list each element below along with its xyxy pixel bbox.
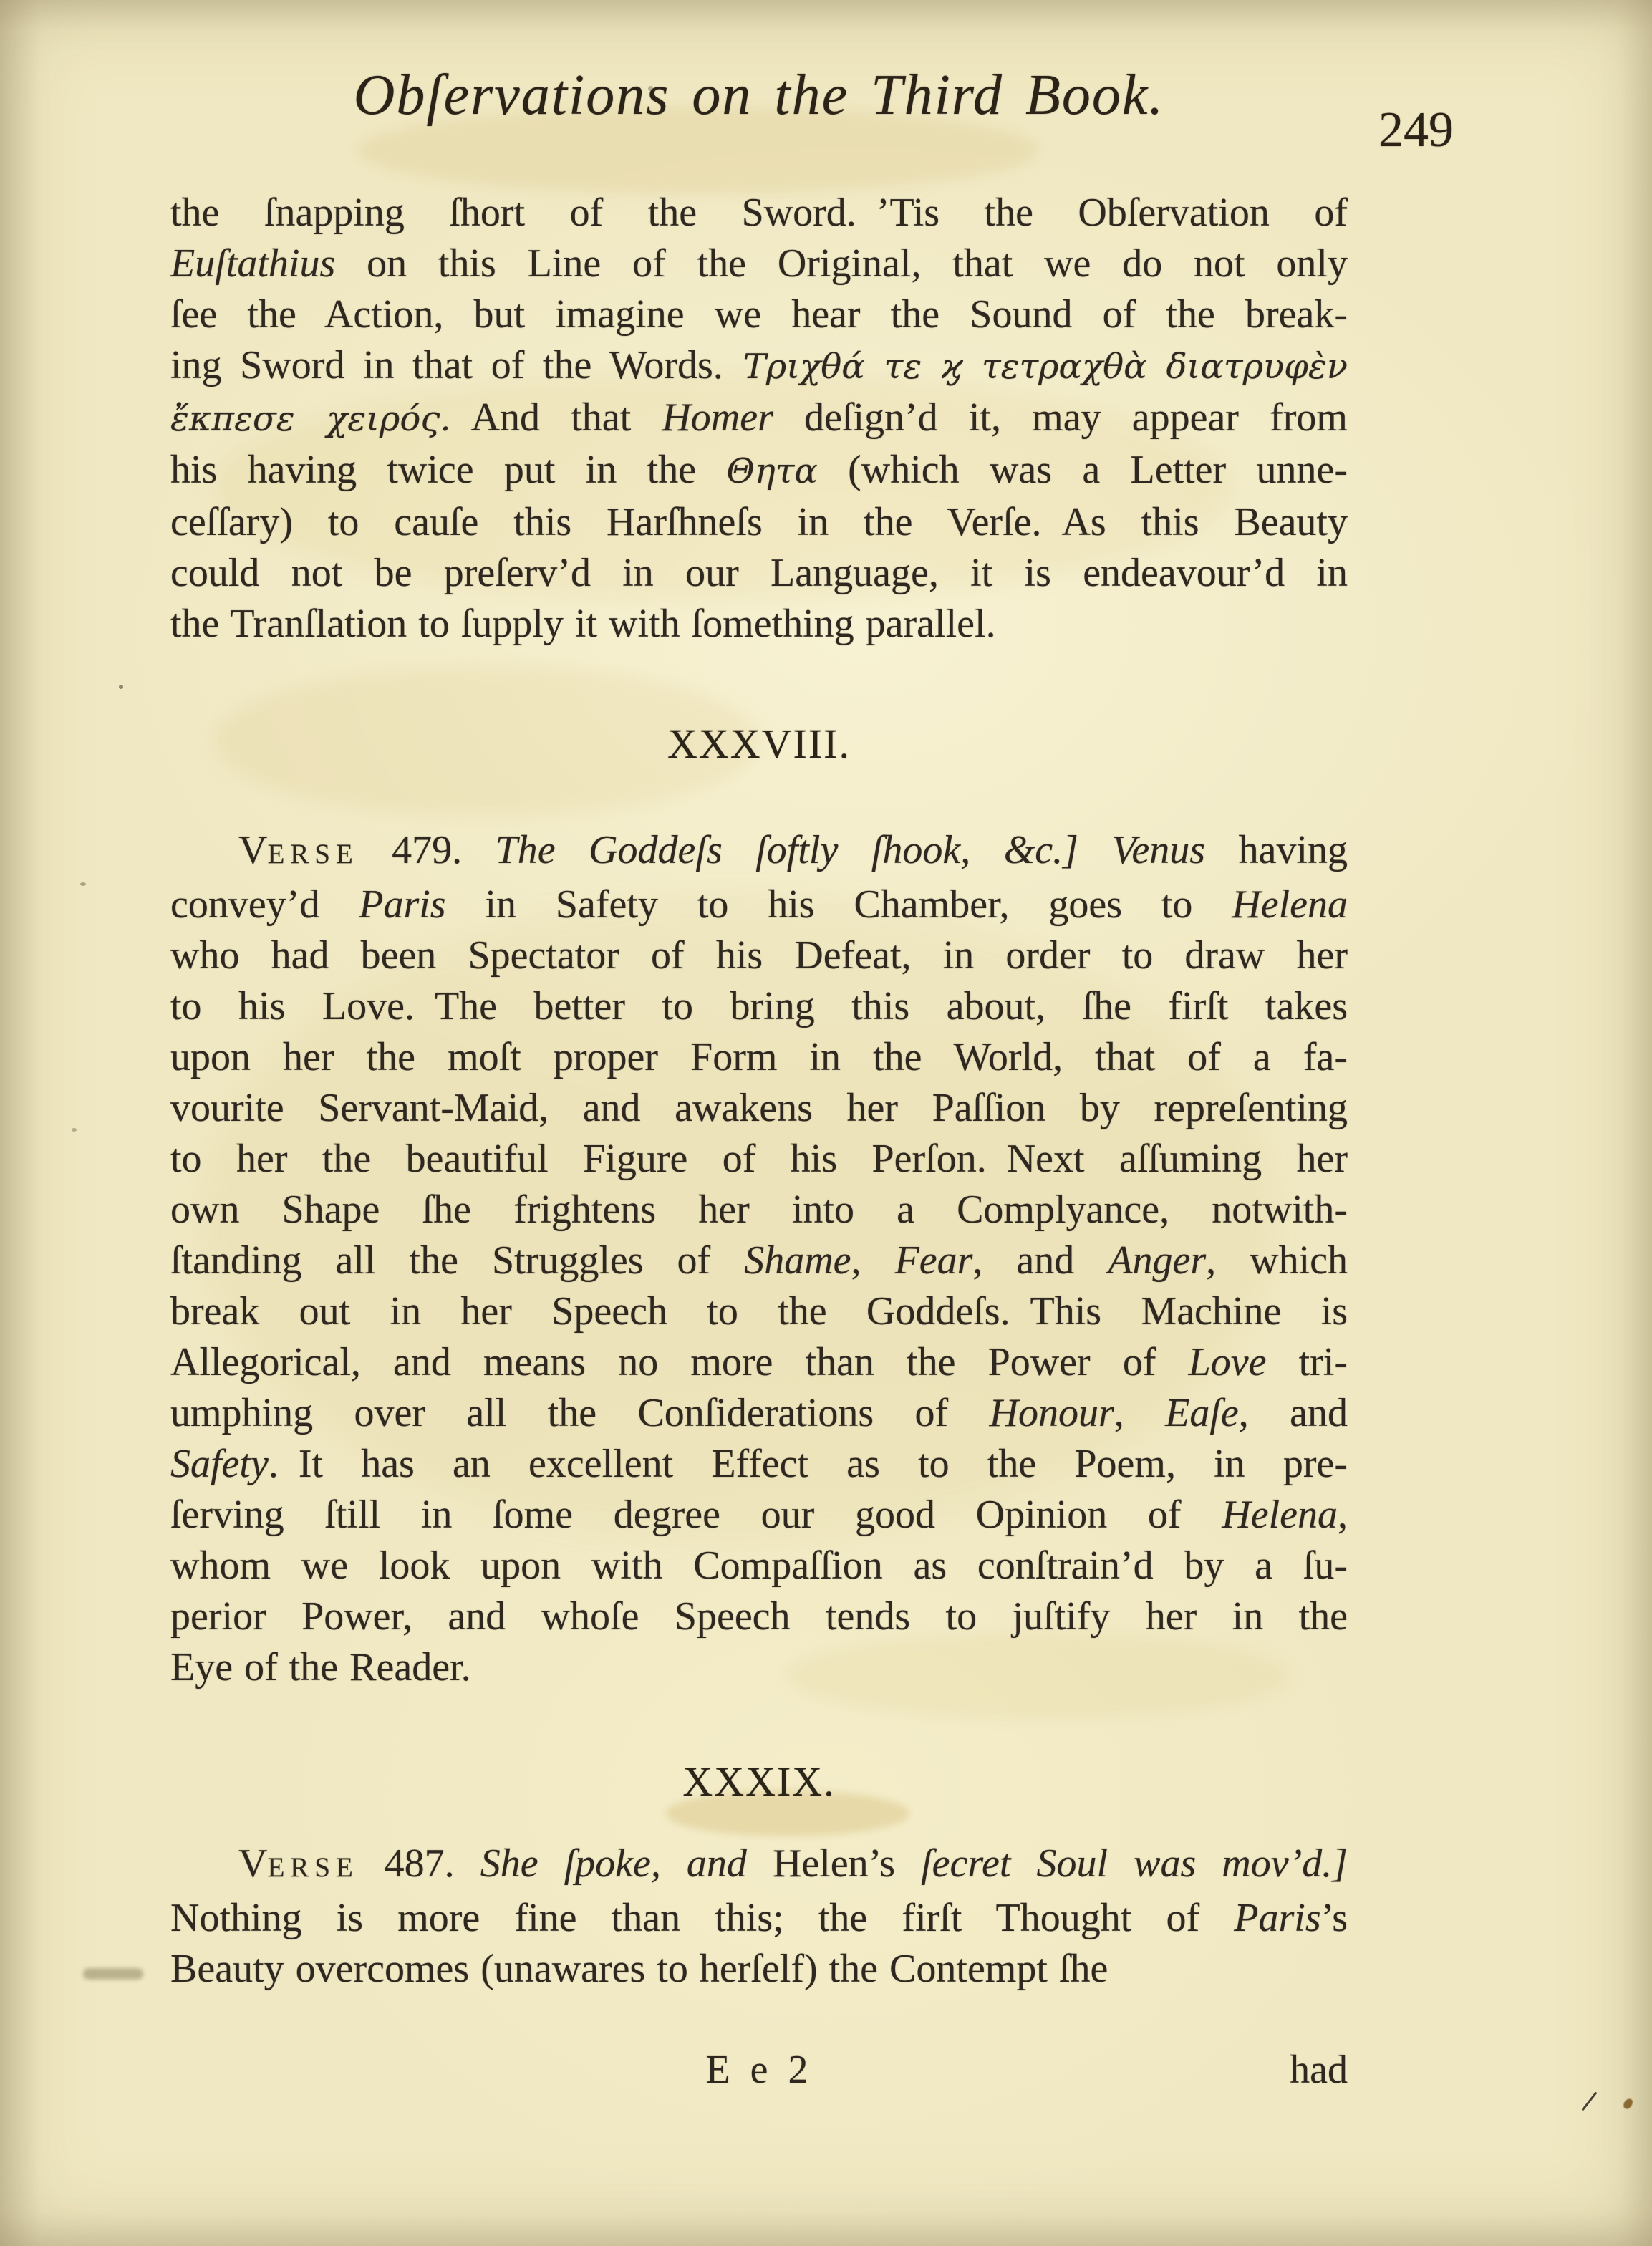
page-body: the ſnapping ſhort of the Sword. ’Tis th… [170, 188, 1348, 2096]
text-segment: Helen’s [773, 1841, 921, 1886]
text-segment: And that [451, 395, 662, 440]
page-number: 249 [1378, 102, 1454, 159]
text-segment: perior Power, and whoſe Speech tends to … [170, 1594, 1348, 1639]
page-title: Obſervations on the Third Book. [354, 64, 1165, 127]
ink-smudge [83, 1968, 143, 1980]
text-segment: to his Love. The better to bring this ab… [170, 984, 1348, 1028]
text-line: Beauty overcomes (unawares to herſelf) t… [170, 1944, 1348, 1995]
text-segment: on this Line of the Original, that we do… [335, 241, 1348, 286]
text-line: convey’d Paris in Safety to his Chamber,… [170, 879, 1348, 930]
italic-text: Honour [990, 1391, 1114, 1435]
text-line: umphing over all the Conſiderations of H… [170, 1388, 1348, 1439]
text-line: to her the beautiful Figure of his Perſo… [170, 1134, 1348, 1185]
text-segment: in Safety to his Chamber, goes to [446, 882, 1232, 927]
text-segment [1078, 828, 1112, 872]
text-line: ἔκπεσε χειρός. And that Homer deſign’d i… [170, 392, 1348, 445]
greek-text: ἔκπεσε χειρός. [170, 399, 451, 439]
text-segment: ſerving ſtill in ſome degree our good Op… [170, 1493, 1222, 1537]
section-heading: XXXIX. [170, 1756, 1348, 1807]
text-line: could not be preſerv’d in our Language, … [170, 548, 1348, 599]
text-line: Safety. It has an excellent Effect as to… [170, 1439, 1348, 1490]
text-line: the ſnapping ſhort of the Sword. ’Tis th… [170, 188, 1348, 238]
book-page: Obſervations on the Third Book. 249 the … [0, 0, 1652, 2246]
pen-stroke-mark [1581, 2091, 1597, 2111]
text-line: VERSE 479. The Goddeſs ſoftly ſhook, &c.… [170, 825, 1348, 879]
text-segment: convey’d [170, 882, 359, 927]
text-segment: tri- [1266, 1340, 1348, 1384]
text-line: Eye of the Reader. [170, 1642, 1348, 1693]
paper-speck [1622, 2097, 1633, 2110]
italic-text: Venus [1111, 828, 1205, 872]
text-segment: , and [972, 1238, 1108, 1283]
text-segment: to her the beautiful Figure of his Perſo… [170, 1137, 1348, 1181]
text-line: ſerving ſtill in ſome degree our good Op… [170, 1490, 1348, 1541]
text-segment: 479. [359, 828, 496, 872]
signature-line: E e 2had [170, 2045, 1348, 2096]
greek-text: Θητα [726, 451, 818, 491]
verse-initial: V [238, 828, 267, 872]
text-line: vourite Servant-Maid, and awakens her Pa… [170, 1083, 1348, 1134]
text-segment: Allegorical, and means no more than the … [170, 1340, 1189, 1384]
text-line: ſee the Action, but imagine we hear the … [170, 289, 1348, 340]
verse-smallcaps: ERSE [267, 839, 358, 869]
text-segment: the Tranſlation to ſupply it with ſometh… [170, 602, 996, 646]
text-line: Nothing is more fine than this; the firſ… [170, 1893, 1348, 1944]
paragraph: the ſnapping ſhort of the Sword. ’Tis th… [170, 188, 1348, 650]
italic-text: Paris [1234, 1896, 1320, 1940]
text-segment: break out in her Speech to the Goddeſs. … [170, 1289, 1348, 1334]
text-segment: Nothing is more fine than this; the firſ… [170, 1896, 1234, 1940]
italic-text: Euſtathius [170, 241, 335, 286]
text-segment: Eye of the Reader. [170, 1645, 471, 1690]
text-line: VERSE 487. She ſpoke, and Helen’s ſecret… [170, 1838, 1348, 1893]
running-head: Obſervations on the Third Book. [170, 63, 1348, 128]
text-segment: having [1205, 828, 1348, 872]
signature-mark: E e 2 [705, 2048, 812, 2092]
text-segment: ing Sword in that of the Words. [170, 343, 743, 387]
text-segment: ſtanding all the Struggles of [170, 1238, 744, 1283]
catchword: had [1290, 2045, 1348, 2096]
text-line: upon her the moſt proper Form in the Wor… [170, 1032, 1348, 1083]
text-segment: , which [1206, 1238, 1348, 1283]
greek-text: Τριχθά τε ϗ τετραχθὰ διατρυφὲν [743, 347, 1348, 387]
text-line: perior Power, and whoſe Speech tends to … [170, 1591, 1348, 1642]
italic-text: Fear [895, 1238, 973, 1283]
verse-smallcaps: ERSE [267, 1852, 358, 1883]
text-line: Allegorical, and means no more than the … [170, 1337, 1348, 1388]
paragraph: VERSE 479. The Goddeſs ſoftly ſhook, &c.… [170, 825, 1348, 1693]
text-line: whom we look upon with Compaſſion as con… [170, 1541, 1348, 1591]
text-line: own Shape ſhe frightens her into a Compl… [170, 1185, 1348, 1235]
verse-initial: V [238, 1841, 267, 1886]
text-line: to his Love. The better to bring this ab… [170, 981, 1348, 1032]
section-heading: XXXVIII. [170, 718, 1348, 769]
text-segment: , [1338, 1493, 1348, 1537]
italic-text: Love [1189, 1340, 1267, 1384]
text-line: ing Sword in that of the Words. Τριχθά τ… [170, 340, 1348, 392]
text-segment: ’s [1321, 1896, 1348, 1940]
text-segment: whom we look upon with Compaſſion as con… [170, 1543, 1348, 1588]
text-line: who had been Spectator of his Defeat, in… [170, 930, 1348, 981]
italic-text: Eaſe [1165, 1391, 1239, 1435]
text-segment: the ſnapping ſhort of the Sword. ’Tis th… [170, 191, 1348, 235]
italic-text: She ſpoke, and [480, 1841, 773, 1886]
text-segment: , [851, 1238, 895, 1283]
italic-text: Shame [744, 1238, 851, 1283]
italic-text: Paris [359, 882, 445, 927]
text-segment: , and [1239, 1391, 1348, 1435]
text-segment: (which was a Letter unne- [818, 448, 1348, 492]
text-line: break out in her Speech to the Goddeſs. … [170, 1286, 1348, 1337]
text-line: Euſtathius on this Line of the Original,… [170, 238, 1348, 289]
text-segment: could not be preſerv’d in our Language, … [170, 551, 1348, 595]
text-segment: own Shape ſhe frightens her into a Compl… [170, 1187, 1348, 1232]
text-segment: upon her the moſt proper Form in the Wor… [170, 1035, 1348, 1079]
text-line: ſtanding all the Struggles of Shame, Fea… [170, 1235, 1348, 1286]
paper-speck [119, 685, 123, 689]
italic-text: Anger [1108, 1238, 1206, 1283]
text-segment: . It has an excellent Effect as to the P… [269, 1442, 1348, 1486]
italic-text: ſecret Soul was mov’d.] [921, 1841, 1348, 1886]
italic-text: Helena [1232, 882, 1348, 927]
text-segment: vourite Servant-Maid, and awakens her Pa… [170, 1086, 1348, 1130]
text-segment: ſee the Action, but imagine we hear the … [170, 292, 1348, 337]
text-segment: who had been Spectator of his Defeat, in… [170, 933, 1348, 978]
paper-speck [80, 882, 86, 886]
text-segment: 487. [359, 1841, 480, 1886]
italic-text: The Goddeſs ſoftly ſhook, &c.] [496, 828, 1078, 872]
italic-text: Helena [1222, 1493, 1338, 1537]
italic-text: Safety [170, 1442, 269, 1486]
text-segment: umphing over all the Conſiderations of [170, 1391, 990, 1435]
text-segment: deſign’d it, may appear from [773, 395, 1348, 440]
italic-text: Homer [662, 395, 773, 440]
paragraph: VERSE 487. She ſpoke, and Helen’s ſecret… [170, 1838, 1348, 1995]
text-segment: his having twice put in the [170, 448, 726, 492]
text-line: his having twice put in the Θητα (which … [170, 445, 1348, 497]
text-segment: , [1114, 1391, 1165, 1435]
paper-speck [72, 1128, 77, 1132]
text-line: the Tranſlation to ſupply it with ſometh… [170, 599, 1348, 650]
text-segment: Beauty overcomes (unawares to herſelf) t… [170, 1947, 1108, 1991]
text-segment: ceſſary) to cauſe this Harſhneſs in the … [170, 500, 1348, 544]
text-line: ceſſary) to cauſe this Harſhneſs in the … [170, 497, 1348, 548]
